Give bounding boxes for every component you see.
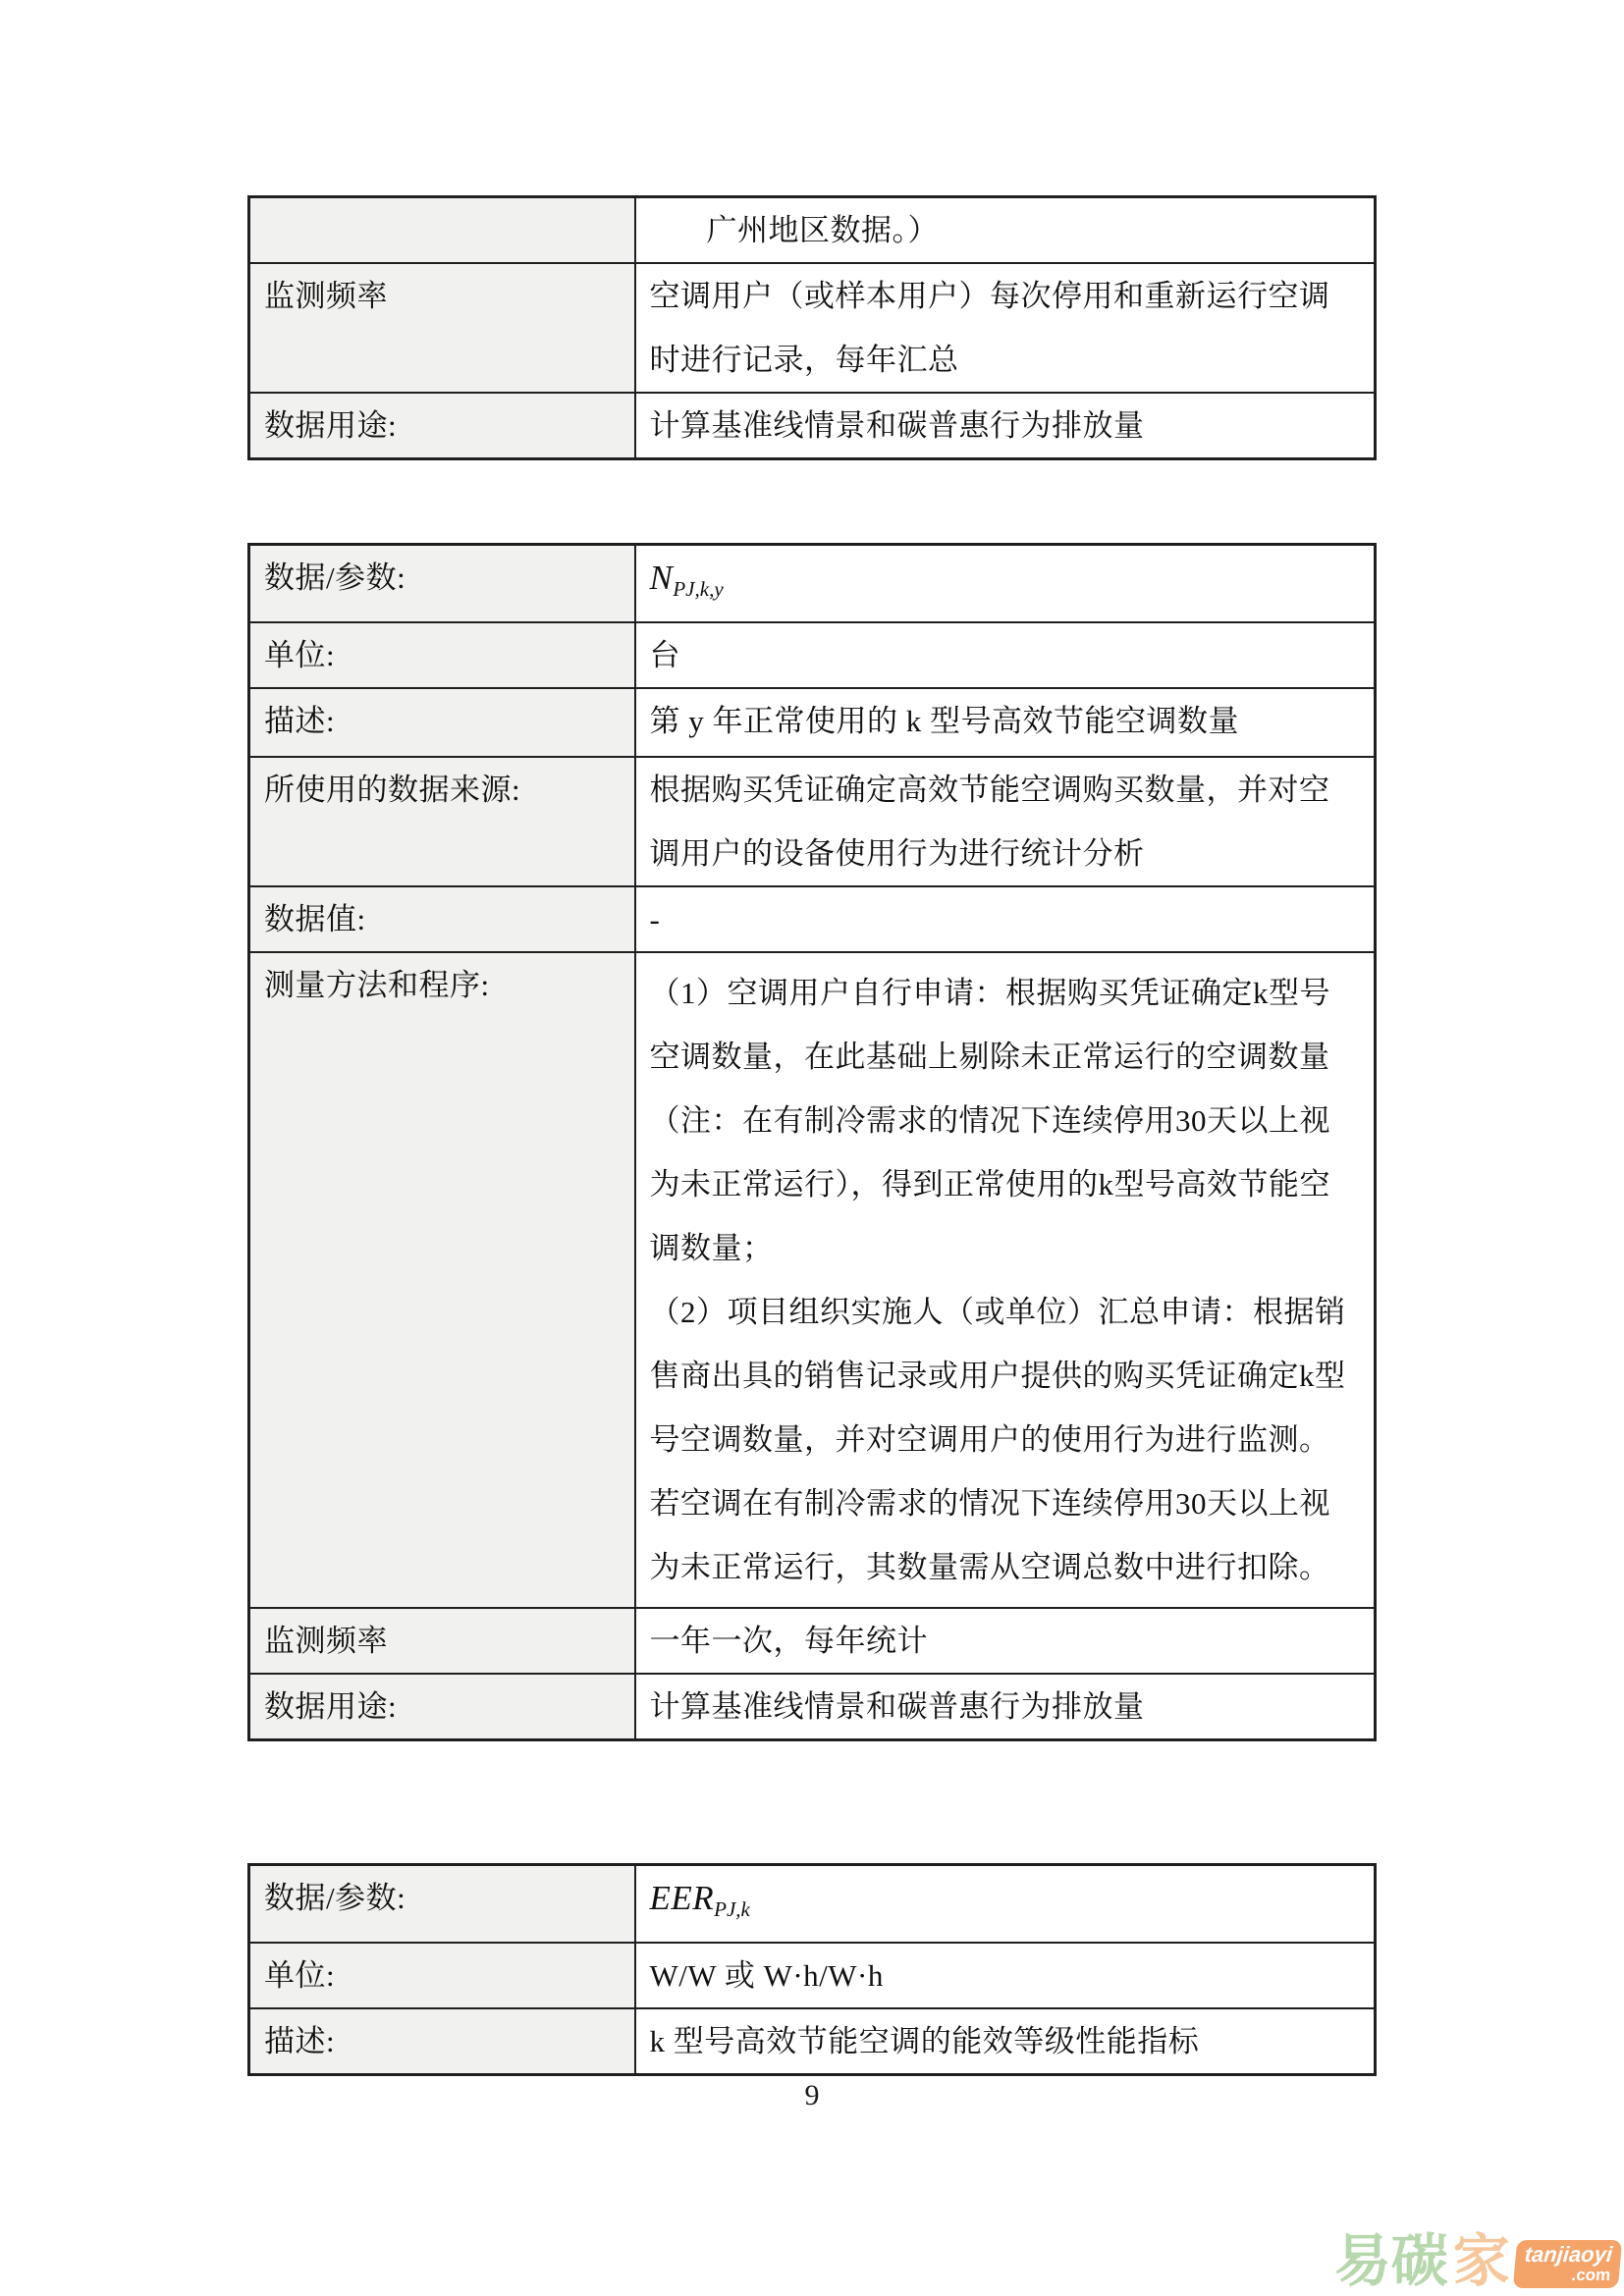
parameter-formula: EERPJ,k	[650, 1882, 750, 1916]
row-value-cell: EERPJ,k	[635, 1865, 1376, 1944]
table-row: 监测频率 一年一次，每年统计	[249, 1608, 1376, 1674]
table-row: 数据值: -	[249, 886, 1376, 952]
row-label-cell: 数据/参数:	[249, 1865, 635, 1944]
row-label-cell: 监测频率	[249, 263, 635, 393]
parameter-formula: NPJ,k,y	[650, 561, 724, 596]
table-row: 描述: 第 y 年正常使用的 k 型号高效节能空调数量	[249, 688, 1376, 757]
row-value-cell: -	[635, 886, 1376, 952]
logo-badge-domain: tanjiaoyi	[1524, 2244, 1613, 2266]
method-paragraph-1: （1）空调用户自行申请：根据购买凭证确定k型号空调数量，在此基础上剔除未正常运行…	[650, 961, 1361, 1280]
row-label-cell: 所使用的数据来源:	[249, 757, 635, 886]
yitanjia-logo: 易碳 家 tanjiaoyi .com	[1334, 2233, 1620, 2290]
row-value-cell: 广州地区数据。）	[635, 197, 1376, 264]
logo-orange-character: 家	[1453, 2233, 1510, 2290]
formula-symbol: EER	[650, 1879, 715, 1917]
formula-symbol: N	[650, 559, 674, 597]
table-row: 单位: W/W 或 W·h/W·h	[249, 1943, 1376, 2008]
row-value-cell: 一年一次，每年统计	[635, 1608, 1376, 1674]
method-paragraph-2: （2）项目组织实施人（或单位）汇总申请：根据销售商出具的销售记录或用户提供的购买…	[650, 1280, 1361, 1599]
row-label-cell: 数据用途:	[249, 1674, 635, 1740]
row-value-cell: 第 y 年正常使用的 k 型号高效节能空调数量	[635, 688, 1376, 757]
table-parameter-continuation: 广州地区数据。） 监测频率 空调用户（或样本用户）每次停用和重新运行空调时进行记…	[247, 195, 1377, 460]
row-label-cell: 数据用途:	[249, 393, 635, 459]
row-value-cell: NPJ,k,y	[635, 545, 1376, 623]
row-value-cell: W/W 或 W·h/W·h	[635, 1943, 1376, 2008]
formula-subscript: PJ,k	[714, 1897, 750, 1921]
row-label-cell: 描述:	[249, 688, 635, 757]
page-number: 9	[0, 2079, 1624, 2112]
row-value-cell: 根据购买凭证确定高效节能空调购买数量，并对空调用户的设备使用行为进行统计分析	[635, 757, 1376, 886]
logo-badge-tld: .com	[1571, 2267, 1611, 2283]
logo-green-characters: 易碳	[1334, 2233, 1448, 2290]
row-value-cell: 计算基准线情景和碳普惠行为排放量	[635, 393, 1376, 459]
table-parameter-n-pjky: 数据/参数: NPJ,k,y 单位: 台 描述: 第 y 年正常使用的 k 型号…	[247, 543, 1377, 1741]
row-label-cell: 数据值:	[249, 886, 635, 952]
row-value-cell: 计算基准线情景和碳普惠行为排放量	[635, 1674, 1376, 1740]
formula-subscript: PJ,k,y	[673, 577, 723, 601]
table-row: 广州地区数据。）	[249, 197, 1376, 264]
logo-badge: tanjiaoyi .com	[1513, 2240, 1623, 2288]
row-value-cell: （1）空调用户自行申请：根据购买凭证确定k型号空调数量，在此基础上剔除未正常运行…	[635, 952, 1376, 1608]
table-row: 数据用途: 计算基准线情景和碳普惠行为排放量	[249, 393, 1376, 459]
table-row: 测量方法和程序: （1）空调用户自行申请：根据购买凭证确定k型号空调数量，在此基…	[249, 952, 1376, 1608]
row-label-cell: 测量方法和程序:	[249, 952, 635, 1608]
row-value-cell: 空调用户（或样本用户）每次停用和重新运行空调时进行记录，每年汇总	[635, 263, 1376, 393]
row-label-cell: 数据/参数:	[249, 545, 635, 623]
table-row: 监测频率 空调用户（或样本用户）每次停用和重新运行空调时进行记录，每年汇总	[249, 263, 1376, 393]
row-label-cell: 单位:	[249, 1943, 635, 2008]
table-parameter-eer-pjk: 数据/参数: EERPJ,k 单位: W/W 或 W·h/W·h 描述: k 型…	[247, 1863, 1377, 2076]
table-row: 数据/参数: NPJ,k,y	[249, 545, 1376, 623]
table-row: 数据用途: 计算基准线情景和碳普惠行为排放量	[249, 1674, 1376, 1740]
row-label-cell	[249, 197, 635, 264]
row-label-cell: 描述:	[249, 2008, 635, 2075]
table-row: 描述: k 型号高效节能空调的能效等级性能指标	[249, 2008, 1376, 2075]
table-row: 数据/参数: EERPJ,k	[249, 1865, 1376, 1944]
document-page: 广州地区数据。） 监测频率 空调用户（或样本用户）每次停用和重新运行空调时进行记…	[0, 0, 1624, 2296]
row-value-cell: k 型号高效节能空调的能效等级性能指标	[635, 2008, 1376, 2075]
row-label-cell: 监测频率	[249, 1608, 635, 1674]
table-row: 单位: 台	[249, 622, 1376, 688]
row-value-cell: 台	[635, 622, 1376, 688]
table-row: 所使用的数据来源: 根据购买凭证确定高效节能空调购买数量，并对空调用户的设备使用…	[249, 757, 1376, 886]
row-label-cell: 单位:	[249, 622, 635, 688]
